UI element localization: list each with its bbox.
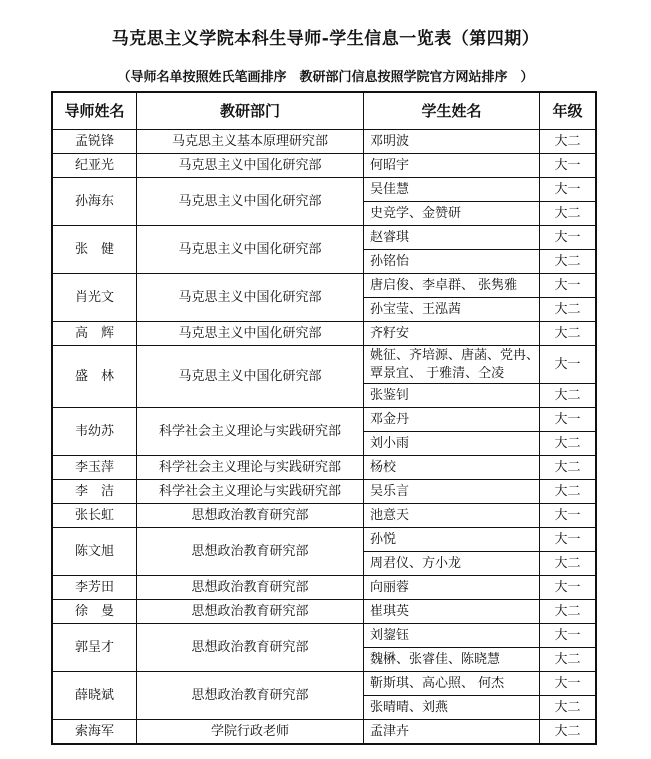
grade-cell: 大二 [540,384,597,408]
grade-cell: 大二 [540,250,597,274]
grade-cell: 大一 [540,274,597,298]
department-cell: 马克思主义中国化研究部 [137,346,364,408]
department-cell: 思想政治教育研究部 [137,624,364,672]
student-names-cell: 杨校 [364,456,540,480]
grade-cell: 大一 [540,408,597,432]
mentor-name-cell: 郭呈才 [52,624,137,672]
student-names-cell: 何昭宇 [364,154,540,178]
department-cell: 思想政治教育研究部 [137,504,364,528]
student-names-cell: 张晴晴、刘燕 [364,696,540,720]
table-row: 索海军学院行政老师孟津卉大二 [52,720,596,745]
header-mentor-name: 导师姓名 [52,92,137,130]
table-row: 孙海东马克思主义中国化研究部吴佳慧大一 [52,178,596,202]
grade-cell: 大一 [540,178,597,202]
student-names-cell: 张鉴钊 [364,384,540,408]
table-row: 李芳田思想政治教育研究部向丽蓉大一 [52,576,596,600]
department-cell: 马克思主义中国化研究部 [137,178,364,226]
department-cell: 思想政治教育研究部 [137,672,364,720]
mentor-name-cell: 肖光文 [52,274,137,322]
table-row: 盛 林马克思主义中国化研究部姚征、齐培源、唐菡、党冉、覃景宜、 于雅清、仝凌大一 [52,346,596,384]
student-names-cell: 刘鋆钰 [364,624,540,648]
table-row: 李玉萍科学社会主义理论与实践研究部杨校大二 [52,456,596,480]
table-row: 薛晓斌思想政治教育研究部靳斯琪、高心照、 何杰大一 [52,672,596,696]
student-names-cell: 吴乐言 [364,480,540,504]
department-cell: 马克思主义中国化研究部 [137,322,364,346]
grade-cell: 大二 [540,552,597,576]
student-names-cell: 姚征、齐培源、唐菡、党冉、覃景宜、 于雅清、仝凌 [364,346,540,384]
grade-cell: 大一 [540,226,597,250]
mentor-name-cell: 张 健 [52,226,137,274]
mentor-name-cell: 张长虹 [52,504,137,528]
student-names-cell: 邓明波 [364,130,540,154]
student-names-cell: 魏楙、张睿佳、陈晓慧 [364,648,540,672]
grade-cell: 大二 [540,202,597,226]
department-cell: 科学社会主义理论与实践研究部 [137,480,364,504]
department-cell: 马克思主义中国化研究部 [137,154,364,178]
table-header-row: 导师姓名 教研部门 学生姓名 年级 [52,92,596,130]
department-cell: 科学社会主义理论与实践研究部 [137,456,364,480]
table-row: 韦幼苏科学社会主义理论与实践研究部邓金丹大一 [52,408,596,432]
header-student-name: 学生姓名 [364,92,540,130]
mentor-student-table: 导师姓名 教研部门 学生姓名 年级 孟锐锋马克思主义基本原理研究部邓明波大二纪亚… [51,91,597,745]
student-names-cell: 池意天 [364,504,540,528]
student-names-cell: 刘小雨 [364,432,540,456]
table-body: 孟锐锋马克思主义基本原理研究部邓明波大二纪亚光马克思主义中国化研究部何昭宇大一孙… [52,130,596,745]
grade-cell: 大二 [540,432,597,456]
mentor-name-cell: 陈文旭 [52,528,137,576]
grade-cell: 大一 [540,154,597,178]
grade-cell: 大一 [540,624,597,648]
grade-cell: 大二 [540,298,597,322]
mentor-name-cell: 高 辉 [52,322,137,346]
department-cell: 马克思主义中国化研究部 [137,226,364,274]
table-row: 纪亚光马克思主义中国化研究部何昭宇大一 [52,154,596,178]
table-row: 李 洁科学社会主义理论与实践研究部吴乐言大二 [52,480,596,504]
grade-cell: 大二 [540,648,597,672]
table-row: 陈文旭思想政治教育研究部孙悦大一 [52,528,596,552]
document-subtitle: （导师名单按照姓氏笔画排序 教研部门信息按照学院官方网站排序 ） [0,66,651,85]
header-department: 教研部门 [137,92,364,130]
grade-cell: 大一 [540,528,597,552]
mentor-name-cell: 徐 曼 [52,600,137,624]
department-cell: 思想政治教育研究部 [137,576,364,600]
header-grade: 年级 [540,92,597,130]
mentor-name-cell: 孟锐锋 [52,130,137,154]
student-names-cell: 赵睿琪 [364,226,540,250]
student-names-cell: 孙铭怡 [364,250,540,274]
student-names-cell: 唐启俊、李卓群、 张隽雅 [364,274,540,298]
grade-cell: 大二 [540,130,597,154]
mentor-name-cell: 李玉萍 [52,456,137,480]
mentor-name-cell: 纪亚光 [52,154,137,178]
mentor-name-cell: 盛 林 [52,346,137,408]
grade-cell: 大一 [540,672,597,696]
department-cell: 马克思主义中国化研究部 [137,274,364,322]
mentor-name-cell: 李 洁 [52,480,137,504]
grade-cell: 大二 [540,456,597,480]
grade-cell: 大二 [540,322,597,346]
student-names-cell: 靳斯琪、高心照、 何杰 [364,672,540,696]
mentor-name-cell: 孙海东 [52,178,137,226]
student-names-cell: 周君仪、方小龙 [364,552,540,576]
table-row: 高 辉马克思主义中国化研究部齐籽安大二 [52,322,596,346]
mentor-name-cell: 薛晓斌 [52,672,137,720]
student-names-cell: 孟津卉 [364,720,540,745]
department-cell: 思想政治教育研究部 [137,600,364,624]
grade-cell: 大一 [540,346,597,384]
department-cell: 科学社会主义理论与实践研究部 [137,408,364,456]
grade-cell: 大二 [540,600,597,624]
grade-cell: 大一 [540,576,597,600]
table-row: 徐 曼思想政治教育研究部崔琪英大二 [52,600,596,624]
grade-cell: 大一 [540,504,597,528]
student-names-cell: 向丽蓉 [364,576,540,600]
student-names-cell: 史竞学、金赞研 [364,202,540,226]
table-row: 张长虹思想政治教育研究部池意天大一 [52,504,596,528]
grade-cell: 大二 [540,480,597,504]
department-cell: 思想政治教育研究部 [137,528,364,576]
mentor-name-cell: 索海军 [52,720,137,745]
table-row: 张 健马克思主义中国化研究部赵睿琪大一 [52,226,596,250]
department-cell: 马克思主义基本原理研究部 [137,130,364,154]
student-names-cell: 孙悦 [364,528,540,552]
department-cell: 学院行政老师 [137,720,364,745]
mentor-name-cell: 李芳田 [52,576,137,600]
student-names-cell: 吴佳慧 [364,178,540,202]
mentor-name-cell: 韦幼苏 [52,408,137,456]
student-names-cell: 齐籽安 [364,322,540,346]
document-title: 马克思主义学院本科生导师-学生信息一览表（第四期） [0,24,651,49]
student-names-cell: 孙宝莹、王泓茜 [364,298,540,322]
grade-cell: 大二 [540,720,597,745]
student-names-cell: 邓金丹 [364,408,540,432]
table-row: 肖光文马克思主义中国化研究部唐启俊、李卓群、 张隽雅大一 [52,274,596,298]
student-names-cell: 崔琪英 [364,600,540,624]
table-row: 孟锐锋马克思主义基本原理研究部邓明波大二 [52,130,596,154]
table-row: 郭呈才思想政治教育研究部刘鋆钰大一 [52,624,596,648]
grade-cell: 大二 [540,696,597,720]
